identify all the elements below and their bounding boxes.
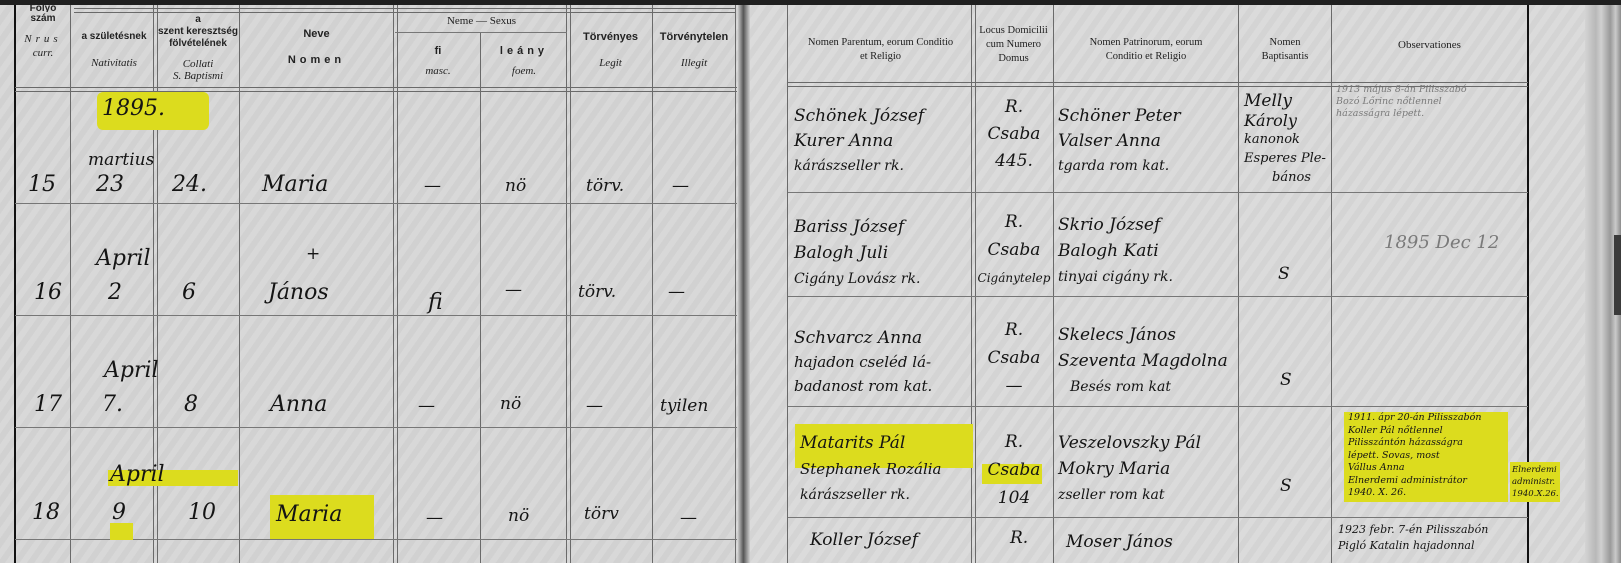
female-mark: nö xyxy=(505,176,526,196)
baptizer-ditto-mark: S xyxy=(1280,476,1292,496)
column-rule xyxy=(480,33,481,563)
deceased-cross-icon: + xyxy=(306,244,320,264)
female-mark: nö xyxy=(508,506,529,526)
row-rule xyxy=(788,296,1528,297)
birth-day: 7. xyxy=(102,392,123,417)
godparents-entry: Moser János xyxy=(1066,532,1173,552)
male-mark: — xyxy=(424,176,441,196)
birth-month: martius xyxy=(88,150,154,170)
domicile-entry: R. Csaba 104 xyxy=(976,428,1052,512)
female-mark: — xyxy=(505,280,522,300)
record-number: 18 xyxy=(32,500,60,525)
column-rule xyxy=(1331,5,1332,563)
header-top-rule xyxy=(74,8,736,13)
sex-group-rule xyxy=(395,32,567,33)
domicile-entry: R. Csaba Cigánytelep xyxy=(976,208,1052,292)
baptism-day: 8 xyxy=(184,392,198,417)
parents-entry: Schönek József Kurer Anna kárászseller r… xyxy=(794,104,924,179)
parents-entry: Matarits Pál Stephanek Rozália kárászsel… xyxy=(800,430,942,508)
domicile-entry: R. Csaba 445. xyxy=(976,94,1052,175)
birth-month: April xyxy=(96,246,151,271)
record-number: 15 xyxy=(28,172,56,197)
godparents-entry: Schöner Peter Valser Anna tgarda rom kat… xyxy=(1058,104,1181,179)
year-label: 1895. xyxy=(102,96,165,121)
baptism-day: 24. xyxy=(172,172,207,197)
header-illegit: Törvénytelen Illegit xyxy=(653,30,735,70)
birth-month: April xyxy=(110,462,165,487)
header-name: Neve Nomen xyxy=(240,27,393,67)
baptism-day: 6 xyxy=(182,280,196,305)
column-rule xyxy=(787,5,788,563)
row-rule xyxy=(15,315,737,316)
header-observations: Observationes xyxy=(1332,38,1527,52)
domicile-entry: R. xyxy=(1010,528,1028,548)
domicile-entry: R. Csaba — xyxy=(976,316,1052,400)
page-edge-shadow xyxy=(1614,235,1621,315)
baptism-day: 10 xyxy=(188,500,216,525)
header-birth: a születésnek Nativitatis xyxy=(74,30,154,70)
legit-mark: törv xyxy=(584,504,619,524)
legit-mark: törv. xyxy=(586,176,624,196)
observation-side-note: Elnerdemi administr. 1940.X.26. xyxy=(1512,464,1559,500)
male-mark: — xyxy=(426,508,443,528)
observation-note: 1923 febr. 7-én Pilisszabón Pigló Katali… xyxy=(1338,522,1488,554)
row-rule xyxy=(15,427,737,428)
column-rule xyxy=(1238,5,1239,563)
illegit-mark: tyilen xyxy=(660,396,708,416)
parents-entry: Schvarcz Anna hajadon cseléd lá- badanos… xyxy=(794,326,932,398)
birth-day: 23 xyxy=(96,172,124,197)
header-godparents: Nomen Patrinorum, eorum Conditio et Reli… xyxy=(1054,36,1238,64)
male-mark: fi xyxy=(428,290,443,315)
parents-entry: Koller József xyxy=(810,530,918,550)
legit-mark: — xyxy=(586,396,603,416)
observation-note: 1913 május 8-án Pilisszabó Bozó Lőrinc n… xyxy=(1336,84,1467,120)
header-number: Folyó szám Nrus curr. xyxy=(16,5,70,60)
column-rule xyxy=(1053,5,1054,563)
header-baptism: a szent keresztség fölvételének Collati … xyxy=(156,14,240,82)
highlight-mark xyxy=(110,523,133,540)
child-name: Maria xyxy=(262,172,328,197)
observation-note: 1895 Dec 12 xyxy=(1384,232,1499,253)
illegit-mark: — xyxy=(680,508,697,528)
header-legit: Törvényes Legit xyxy=(569,30,652,70)
male-mark: — xyxy=(418,396,435,416)
book-binding-gutter xyxy=(738,5,750,563)
baptizer-entry: Melly Károly kanonok Esperes Ple- bános xyxy=(1244,92,1326,187)
illegit-mark: — xyxy=(668,282,685,302)
birth-day: 9 xyxy=(112,500,126,525)
record-number: 16 xyxy=(34,280,62,305)
illegit-mark: — xyxy=(672,176,689,196)
baptizer-ditto-mark: S xyxy=(1278,264,1290,284)
header-baptizer: Nomen Baptisantis xyxy=(1239,36,1331,64)
birth-day: 2 xyxy=(108,280,122,305)
header-sex-group: Neme — Sexus xyxy=(396,14,567,28)
child-name: János xyxy=(268,280,329,305)
parents-entry: Bariss József Balogh Juli Cigány Lovász … xyxy=(794,214,921,292)
godparents-entry: Skrio József Balogh Kati tinyai cigány r… xyxy=(1058,212,1173,290)
birth-month: April xyxy=(104,358,159,383)
godparents-entry: Skelecs János Szeventa Magdolna Besés ro… xyxy=(1058,322,1228,400)
row-rule xyxy=(15,203,737,204)
godparents-entry: Veszelovszky Pál Mokry Maria zseller rom… xyxy=(1058,430,1201,508)
legit-mark: törv. xyxy=(578,282,616,302)
observation-note: 1911. ápr 20-án Pilisszabón Koller Pál n… xyxy=(1348,412,1481,500)
child-name: Maria xyxy=(276,502,342,527)
row-rule xyxy=(788,517,1528,518)
row-rule xyxy=(788,192,1528,193)
female-mark: nö xyxy=(500,394,521,414)
header-parents: Nomen Parentum, eorum Conditio et Religi… xyxy=(790,36,971,64)
header-female: leány foem. xyxy=(481,44,567,78)
header-male: fi masc. xyxy=(396,44,480,78)
record-number: 17 xyxy=(34,392,62,417)
child-name: Anna xyxy=(270,392,327,417)
baptizer-ditto-mark: S xyxy=(1280,370,1292,390)
header-domicile: Locus Domicilii cum Numero Domus xyxy=(974,24,1053,66)
row-rule xyxy=(788,406,1528,407)
